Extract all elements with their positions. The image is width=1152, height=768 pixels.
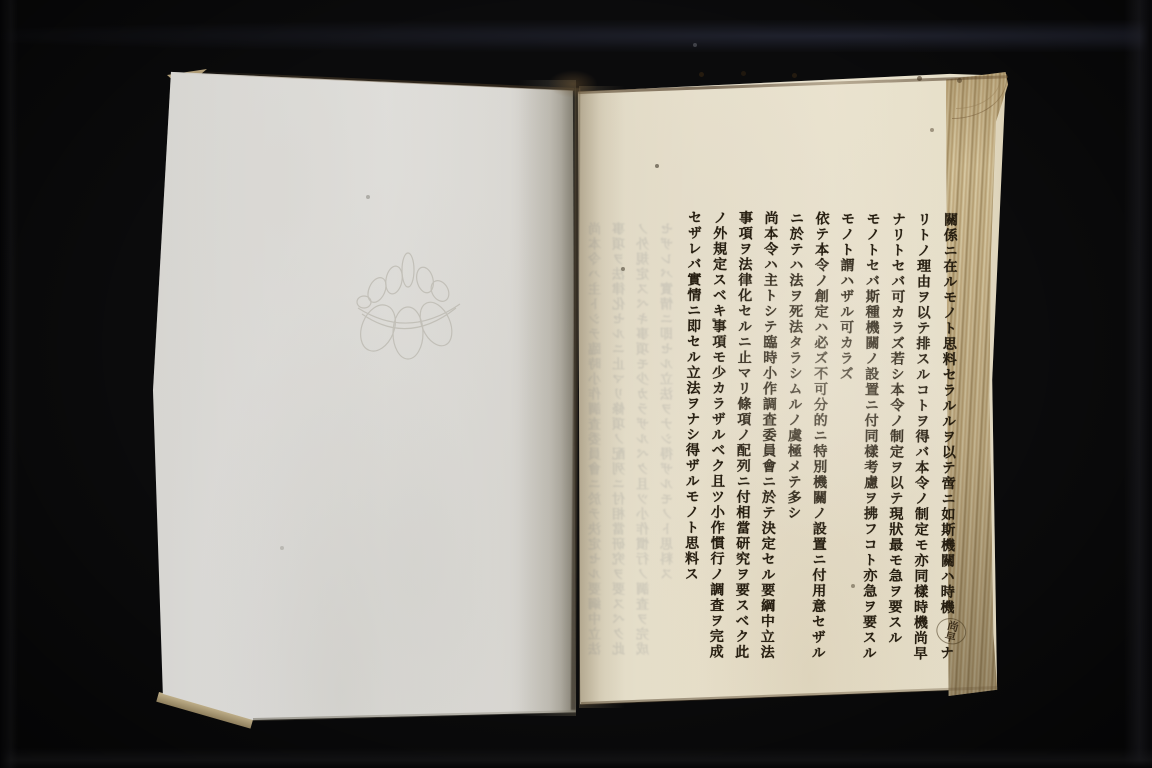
- gutter-top-stain: [548, 70, 598, 98]
- text-column-1: 關係ニ在ルモノト思料セラルルヲ以テ啻ニ如斯機關ハ時機尚早ナ: [931, 212, 965, 682]
- printed-text-block: 關係ニ在ルモノト思料セラルルヲ以テ啻ニ如斯機關ハ時機尚早ナ リトノ理由ヲ以テ排ス…: [661, 210, 965, 683]
- bleedthrough-column: 事項ヲ法律化セルニ止マリ條項ノ配列ニ付相當研究ヲ要スベク此: [609, 222, 633, 692]
- gutter-shadow-left: [518, 80, 576, 716]
- text-column-8: 尚本令ハ主トシテ臨時小作調査委員會ニ於テ決定セル要綱中立法: [753, 211, 783, 681]
- text-column-10: ノ外規定スベキ事項モ少カラザルベク且ツ小作慣行ノ調査ヲ完成: [702, 210, 732, 680]
- photo-of-open-book: 尚本令ハ主トシテ臨時小作調査委員會ニ於テ決定セル要綱中立法 事項ヲ法律化セルニ止…: [0, 0, 1152, 768]
- text-column-1-end: ナ: [938, 645, 954, 661]
- left-page: [150, 68, 578, 724]
- frame-left-edge: [0, 0, 18, 768]
- bleedthrough-column: 尚本令ハ主トシテ臨時小作調査委員會ニ於テ決定セル要綱中立法: [585, 222, 609, 692]
- top-edge-speckles: [0, 0, 3, 3]
- bleedthrough-column: ノ外規定スベキ事項モ少カラザルベク且ツ小作慣行ノ調査ヲ完成: [633, 222, 657, 692]
- flower-sketch-watermark: [320, 228, 480, 368]
- text-column-2: リトノ理由ヲ以テ排スルコトヲ得バ本令ノ制定モ亦同樣時機尚早: [906, 212, 936, 682]
- text-column-9: 事項ヲ法律化セルニ止マリ條項ノ配列ニ付相當研究ヲ要スベク此: [727, 210, 757, 680]
- text-column-3: ナリトセバ可カラズ若シ本令ノ制定ヲ以テ現狀最モ急ヲ要スル: [880, 212, 910, 682]
- text-column-4: モノトセバ斯種機關ノ設置ニ付同樣考慮ヲ拂フコト亦急ヲ要スル: [855, 211, 885, 681]
- frame-top-highlight: [0, 20, 1152, 52]
- frame-right-edge: [1124, 0, 1152, 768]
- frame-bottom-edge: [0, 748, 1152, 768]
- text-column-6: 依テ本令ノ創定ハ必ズ不可分的ニ特別機關ノ設置ニ付用意セザル: [804, 211, 834, 681]
- text-column-1-start: 關係ニ在ルモノト思料セラルルヲ以テ啻ニ如斯機關ハ時機: [939, 212, 959, 615]
